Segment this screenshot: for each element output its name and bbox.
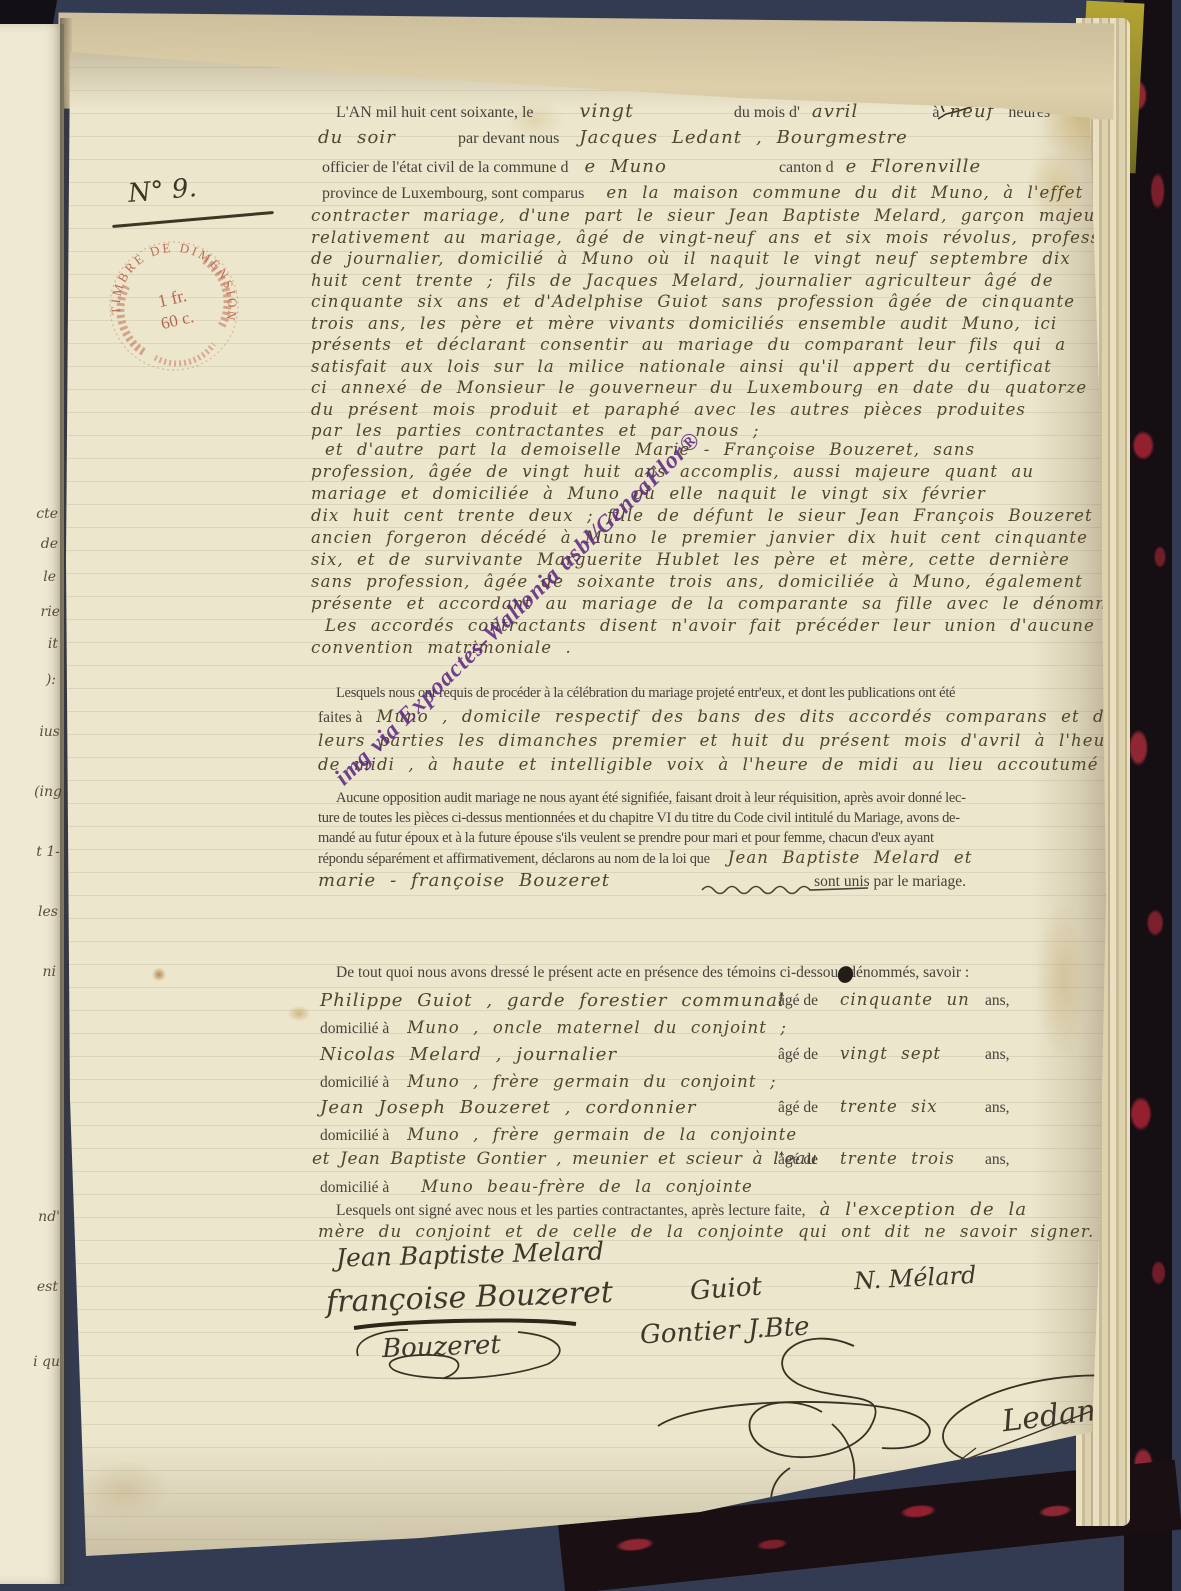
witness-name: Nicolas Melard , journalier [320, 1044, 617, 1065]
witness-age: vingt sept [840, 1044, 941, 1063]
domicile-label: domicilié à [320, 1020, 389, 1037]
margin-fragment: cte [36, 506, 58, 522]
witness-domicile: Muno , frère germain de la conjointe [407, 1125, 797, 1144]
margin-fragment: it [48, 636, 58, 652]
witness-row-3: Jean Joseph Bouzeret , cordonnier âgé de… [320, 1097, 1120, 1123]
entry-publications: leurs parties les dimanches premier et h… [318, 731, 1125, 750]
form-text: par devant nous [458, 130, 559, 147]
witness-row-2: Nicolas Melard , journalier âgé de vingt… [320, 1044, 1120, 1070]
entry-location: en la maison commune du dit Muno, à l'ef… [606, 183, 1119, 202]
domicile-label: domicilié à [320, 1074, 389, 1091]
ans-label: ans, [985, 1046, 1010, 1064]
witness-age: trente trois [840, 1149, 955, 1168]
fill-squiggle-icon [700, 880, 875, 896]
margin-fragment: i qu [33, 1354, 60, 1370]
entry-month: avril [812, 101, 859, 122]
closing-line-2: mère du conjoint et de celle de la conjo… [318, 1222, 1094, 1242]
entry-officer: Jacques Ledant , Bourgmestre [579, 127, 908, 148]
form-text: répondu séparément et affirmativement, d… [318, 851, 710, 867]
margin-fragment: ius [39, 724, 60, 740]
form-text: mandé au futur époux et à la future épou… [318, 830, 934, 846]
handwritten-line: dix huit cent trente deux ; fille de déf… [311, 506, 1093, 525]
stain [1035, 900, 1090, 1060]
witness-name: Philippe Guiot , garde forestier communa… [320, 990, 785, 1011]
handwritten-line: présente et accordant au mariage de la c… [311, 594, 1123, 613]
stain [80, 1460, 170, 1520]
domicile-label: domicilié à [320, 1127, 389, 1144]
handwritten-line: ancien forgeron décédé à Muno le premier… [311, 528, 1088, 547]
entry-publications: Muno , domicile respectif des bans des d… [376, 707, 1115, 726]
age-label: âgé de [778, 1099, 818, 1117]
form-text: faites à [318, 709, 362, 726]
form-text: du mois d' [734, 104, 800, 121]
opening-line-2: du soir par devant nous Jacques Ledant ,… [318, 127, 908, 148]
witness-domicile: Muno beau-frère de la conjointe [421, 1177, 753, 1196]
stain [152, 968, 166, 981]
act-number: N° 9. [127, 173, 198, 209]
union-printed-3: mandé au futur époux et à la future épou… [318, 829, 934, 847]
handwritten-line: et d'autre part la demoiselle Marie - Fr… [325, 440, 975, 459]
form-text: province de Luxembourg, sont comparus [322, 185, 584, 202]
signature-guiot: Guiot [689, 1272, 763, 1307]
handwritten-line: relativement au mariage, âgé de vingt-ne… [311, 228, 1129, 247]
handwritten-line: convention matrimoniale . [311, 638, 572, 657]
handwritten-line: du présent mois produit et paraphé avec … [311, 400, 1026, 419]
handwritten-line: sans profession, âgée de soixante trois … [311, 572, 1083, 591]
handwritten-line: trois ans, les père et mère vivants domi… [311, 314, 1057, 333]
witness-age: cinquante un [840, 990, 970, 1009]
witness-age: trente six [840, 1097, 938, 1116]
entry-canton: e Florenville [846, 156, 982, 177]
signature-melard: N. Mélard [853, 1261, 977, 1295]
form-text: ture de toutes les pièces ci-dessus ment… [318, 810, 960, 826]
margin-fragment: le [43, 569, 56, 585]
margin-fragment: t 1- [36, 844, 60, 860]
opening-line-3: officier de l'état civil de la commune d… [318, 156, 981, 177]
groom-paragraph: contracter mariage, d'une part le sieur … [311, 206, 1126, 443]
entry-exception: à l'exception de la [820, 1199, 1028, 1220]
signature-groom: Jean Baptiste Melard [336, 1236, 605, 1272]
age-label: âgé de [778, 1046, 818, 1064]
margin-fragment: ni [43, 964, 57, 980]
stamp-value-top: 1 fr. [156, 285, 189, 311]
revenue-stamp-icon: TIMBRE DE DIMENSION 1 fr. 60 c. [90, 222, 258, 390]
margin-fragment: est [37, 1279, 58, 1295]
publications-line-4: de midi , à haute et intelligible voix à… [318, 755, 1099, 775]
form-text: à [932, 104, 939, 121]
margin-fragment: de [41, 536, 58, 552]
form-text: De tout quoi nous avons dressé le présen… [336, 964, 969, 981]
domicile-label: domicilié à [320, 1179, 389, 1196]
entry-daypart: du soir [318, 127, 396, 148]
bride-paragraph: et d'autre part la demoiselle Marie - Fr… [311, 440, 1126, 660]
closing-line-1: Lesquels ont signé avec nous et les part… [318, 1199, 1027, 1220]
previous-page-sliver: cte de le rie it ): ius (ing t 1- les ni… [0, 24, 64, 1584]
handwritten-line: Les accordés contractants disent n'avoir… [325, 616, 1095, 635]
age-label: âgé de [778, 1151, 818, 1169]
stain [288, 1006, 310, 1021]
margin-fragment: rie [41, 604, 60, 620]
form-text: canton d [779, 159, 834, 176]
form-text: L'AN mil huit cent soixante, le [336, 104, 534, 121]
entry-groom-name: Jean Baptiste Melard et [728, 848, 973, 867]
opening-line-4: province de Luxembourg, sont comparus en… [318, 183, 1119, 203]
publications-line-3: leurs parties les dimanches premier et h… [318, 731, 1125, 751]
union-printed-1: Aucune opposition audit mariage ne nous … [318, 789, 966, 807]
witness-domicile-1: domicilié à Muno , oncle maternel du con… [320, 1018, 787, 1038]
entry-bride-name: marie - françoise Bouzeret [318, 870, 610, 891]
form-text: Lesquels ont signé avec nous et les part… [336, 1202, 806, 1219]
union-printed-4: répondu séparément et affirmativement, d… [318, 848, 973, 868]
witness-domicile-2: domicilié à Muno , frère germain du conj… [320, 1072, 777, 1092]
stamp-value-bottom: 60 c. [159, 307, 195, 333]
margin-fragment: nd' [38, 1209, 60, 1225]
handwritten-line: de journalier, domicilié à Muno où il na… [311, 249, 1071, 268]
witness-name: Jean Joseph Bouzeret , cordonnier [320, 1097, 697, 1118]
ans-label: ans, [985, 1099, 1010, 1117]
entry-day: vingt [580, 100, 634, 122]
witness-domicile: Muno , frère germain du conjoint ; [407, 1072, 776, 1091]
witnesses-intro: De tout quoi nous avons dressé le présen… [318, 964, 969, 982]
ans-label: ans, [985, 1151, 1010, 1169]
margin-fragment: les [38, 904, 58, 920]
witness-name: et Jean Baptiste Gontier , meunier et sc… [312, 1149, 818, 1169]
handwritten-line: six, et de survivante Marguerite Hublet … [311, 550, 1070, 569]
margin-fragment: (ing [34, 784, 62, 800]
handwritten-line: huit cent trente ; fils de Jacques Melar… [311, 271, 1054, 290]
book-cover-marbled-right [1124, 0, 1172, 1591]
witness-domicile-3: domicilié à Muno , frère germain de la c… [320, 1125, 797, 1145]
margin-fragment: ): [46, 672, 56, 688]
witness-row-4: et Jean Baptiste Gontier , meunier et sc… [320, 1149, 1120, 1175]
handwritten-line: présents et déclarant consentir au maria… [311, 335, 1066, 354]
witness-domicile-4: domicilié à Muno beau-frère de la conjoi… [320, 1177, 753, 1197]
marriage-act-page: N° 9. TIMBRE DE DIMENSION 1 fr. 60 c. L'… [0, 0, 1181, 1591]
witness-domicile: Muno , oncle maternel du conjoint ; [407, 1018, 787, 1037]
signature-bride: françoise Bouzeret [325, 1275, 613, 1320]
entry-exception: mère du conjoint et de celle de la conjo… [318, 1222, 1094, 1241]
publications-line-2: faites à Muno , domicile respectif des b… [318, 707, 1116, 727]
union-printed-2: ture de toutes les pièces ci-dessus ment… [318, 809, 960, 827]
age-label: âgé de [778, 992, 818, 1010]
form-text: Aucune opposition audit mariage ne nous … [336, 790, 966, 806]
scanned-register-photo: cte de le rie it ): ius (ing t 1- les ni… [0, 0, 1181, 1591]
entry-commune: e Muno [585, 156, 667, 177]
entry-publications: de midi , à haute et intelligible voix à… [318, 755, 1099, 774]
handwritten-line: ci annexé de Monsieur le gouverneur du L… [311, 378, 1087, 397]
handwritten-line: cinquante six ans et d'Adelphise Guiot s… [311, 292, 1075, 311]
ans-label: ans, [985, 992, 1010, 1010]
handwritten-line: satisfait aux lois sur la milice nationa… [311, 357, 1052, 376]
witness-row-1: Philippe Guiot , garde forestier communa… [320, 990, 1120, 1016]
signature-flourish-icon [348, 1316, 588, 1396]
form-text: officier de l'état civil de la commune d [322, 159, 569, 176]
act-number-underline [112, 211, 274, 228]
handwritten-line: contracter mariage, d'une part le sieur … [311, 206, 1104, 225]
